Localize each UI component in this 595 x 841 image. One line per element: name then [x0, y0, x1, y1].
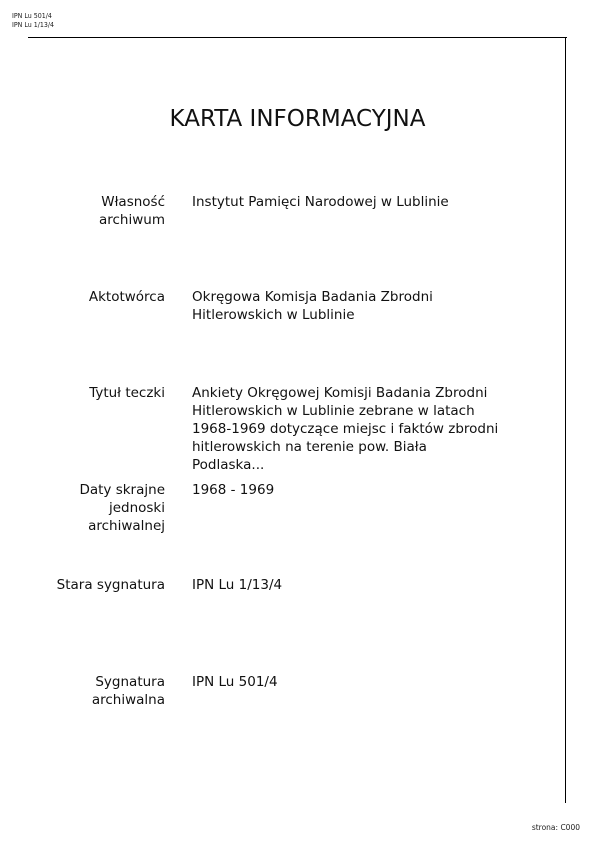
- value-line: hitlerowskich na terenie pow. Biała: [192, 438, 532, 456]
- value-line: Hitlerowskich w Lublinie zebrane w latac…: [192, 402, 532, 420]
- value-line: 1968-1969 dotyczące miejsc i faktów zbro…: [192, 420, 532, 438]
- label-line: archiwalna: [92, 691, 165, 709]
- page-title: KARTA INFORMACYJNA: [0, 106, 595, 132]
- value-line: Okręgowa Komisja Badania Zbrodni: [192, 288, 532, 306]
- label-line: Własność: [99, 193, 165, 211]
- value-line: 1968 - 1969: [192, 481, 532, 499]
- field-value: Okręgowa Komisja Badania Zbrodni Hitlero…: [192, 288, 532, 324]
- field-label: Daty skrajne jednoski archiwalnej: [79, 481, 165, 535]
- value-line: Ankiety Okręgowej Komisji Badania Zbrodn…: [192, 384, 532, 402]
- field-value: Instytut Pamięci Narodowej w Lublinie: [192, 193, 532, 211]
- label-line: archiwalnej: [79, 517, 165, 535]
- label-line: Tytuł teczki: [89, 384, 165, 402]
- value-line: IPN Lu 1/13/4: [192, 576, 532, 594]
- label-line: Aktotwórca: [89, 288, 165, 306]
- field-value: IPN Lu 501/4: [192, 673, 532, 691]
- value-line: Instytut Pamięci Narodowej w Lublinie: [192, 193, 532, 211]
- label-line: Stara sygnatura: [57, 576, 165, 594]
- value-line: IPN Lu 501/4: [192, 673, 532, 691]
- field-label: Stara sygnatura: [57, 576, 165, 594]
- label-line: jednoski: [79, 499, 165, 517]
- field-label: Własność archiwum: [99, 193, 165, 229]
- value-line: Hitlerowskich w Lublinie: [192, 306, 532, 324]
- value-line: Podlaska...: [192, 456, 532, 474]
- field-label: Sygnatura archiwalna: [92, 673, 165, 709]
- label-line: archiwum: [99, 211, 165, 229]
- label-line: Sygnatura: [92, 673, 165, 691]
- field-label: Tytuł teczki: [89, 384, 165, 402]
- field-value: Ankiety Okręgowej Komisji Badania Zbrodn…: [192, 384, 532, 474]
- reference-signature-old: IPN Lu 1/13/4: [12, 21, 54, 30]
- frame-top-border: [28, 37, 567, 38]
- label-line: Daty skrajne: [79, 481, 165, 499]
- page-number: strona: C000: [532, 823, 580, 832]
- field-value: 1968 - 1969: [192, 481, 532, 499]
- frame-right-border: [565, 37, 566, 803]
- field-value: IPN Lu 1/13/4: [192, 576, 532, 594]
- field-label: Aktotwórca: [89, 288, 165, 306]
- reference-signature-new: IPN Lu 501/4: [12, 12, 52, 21]
